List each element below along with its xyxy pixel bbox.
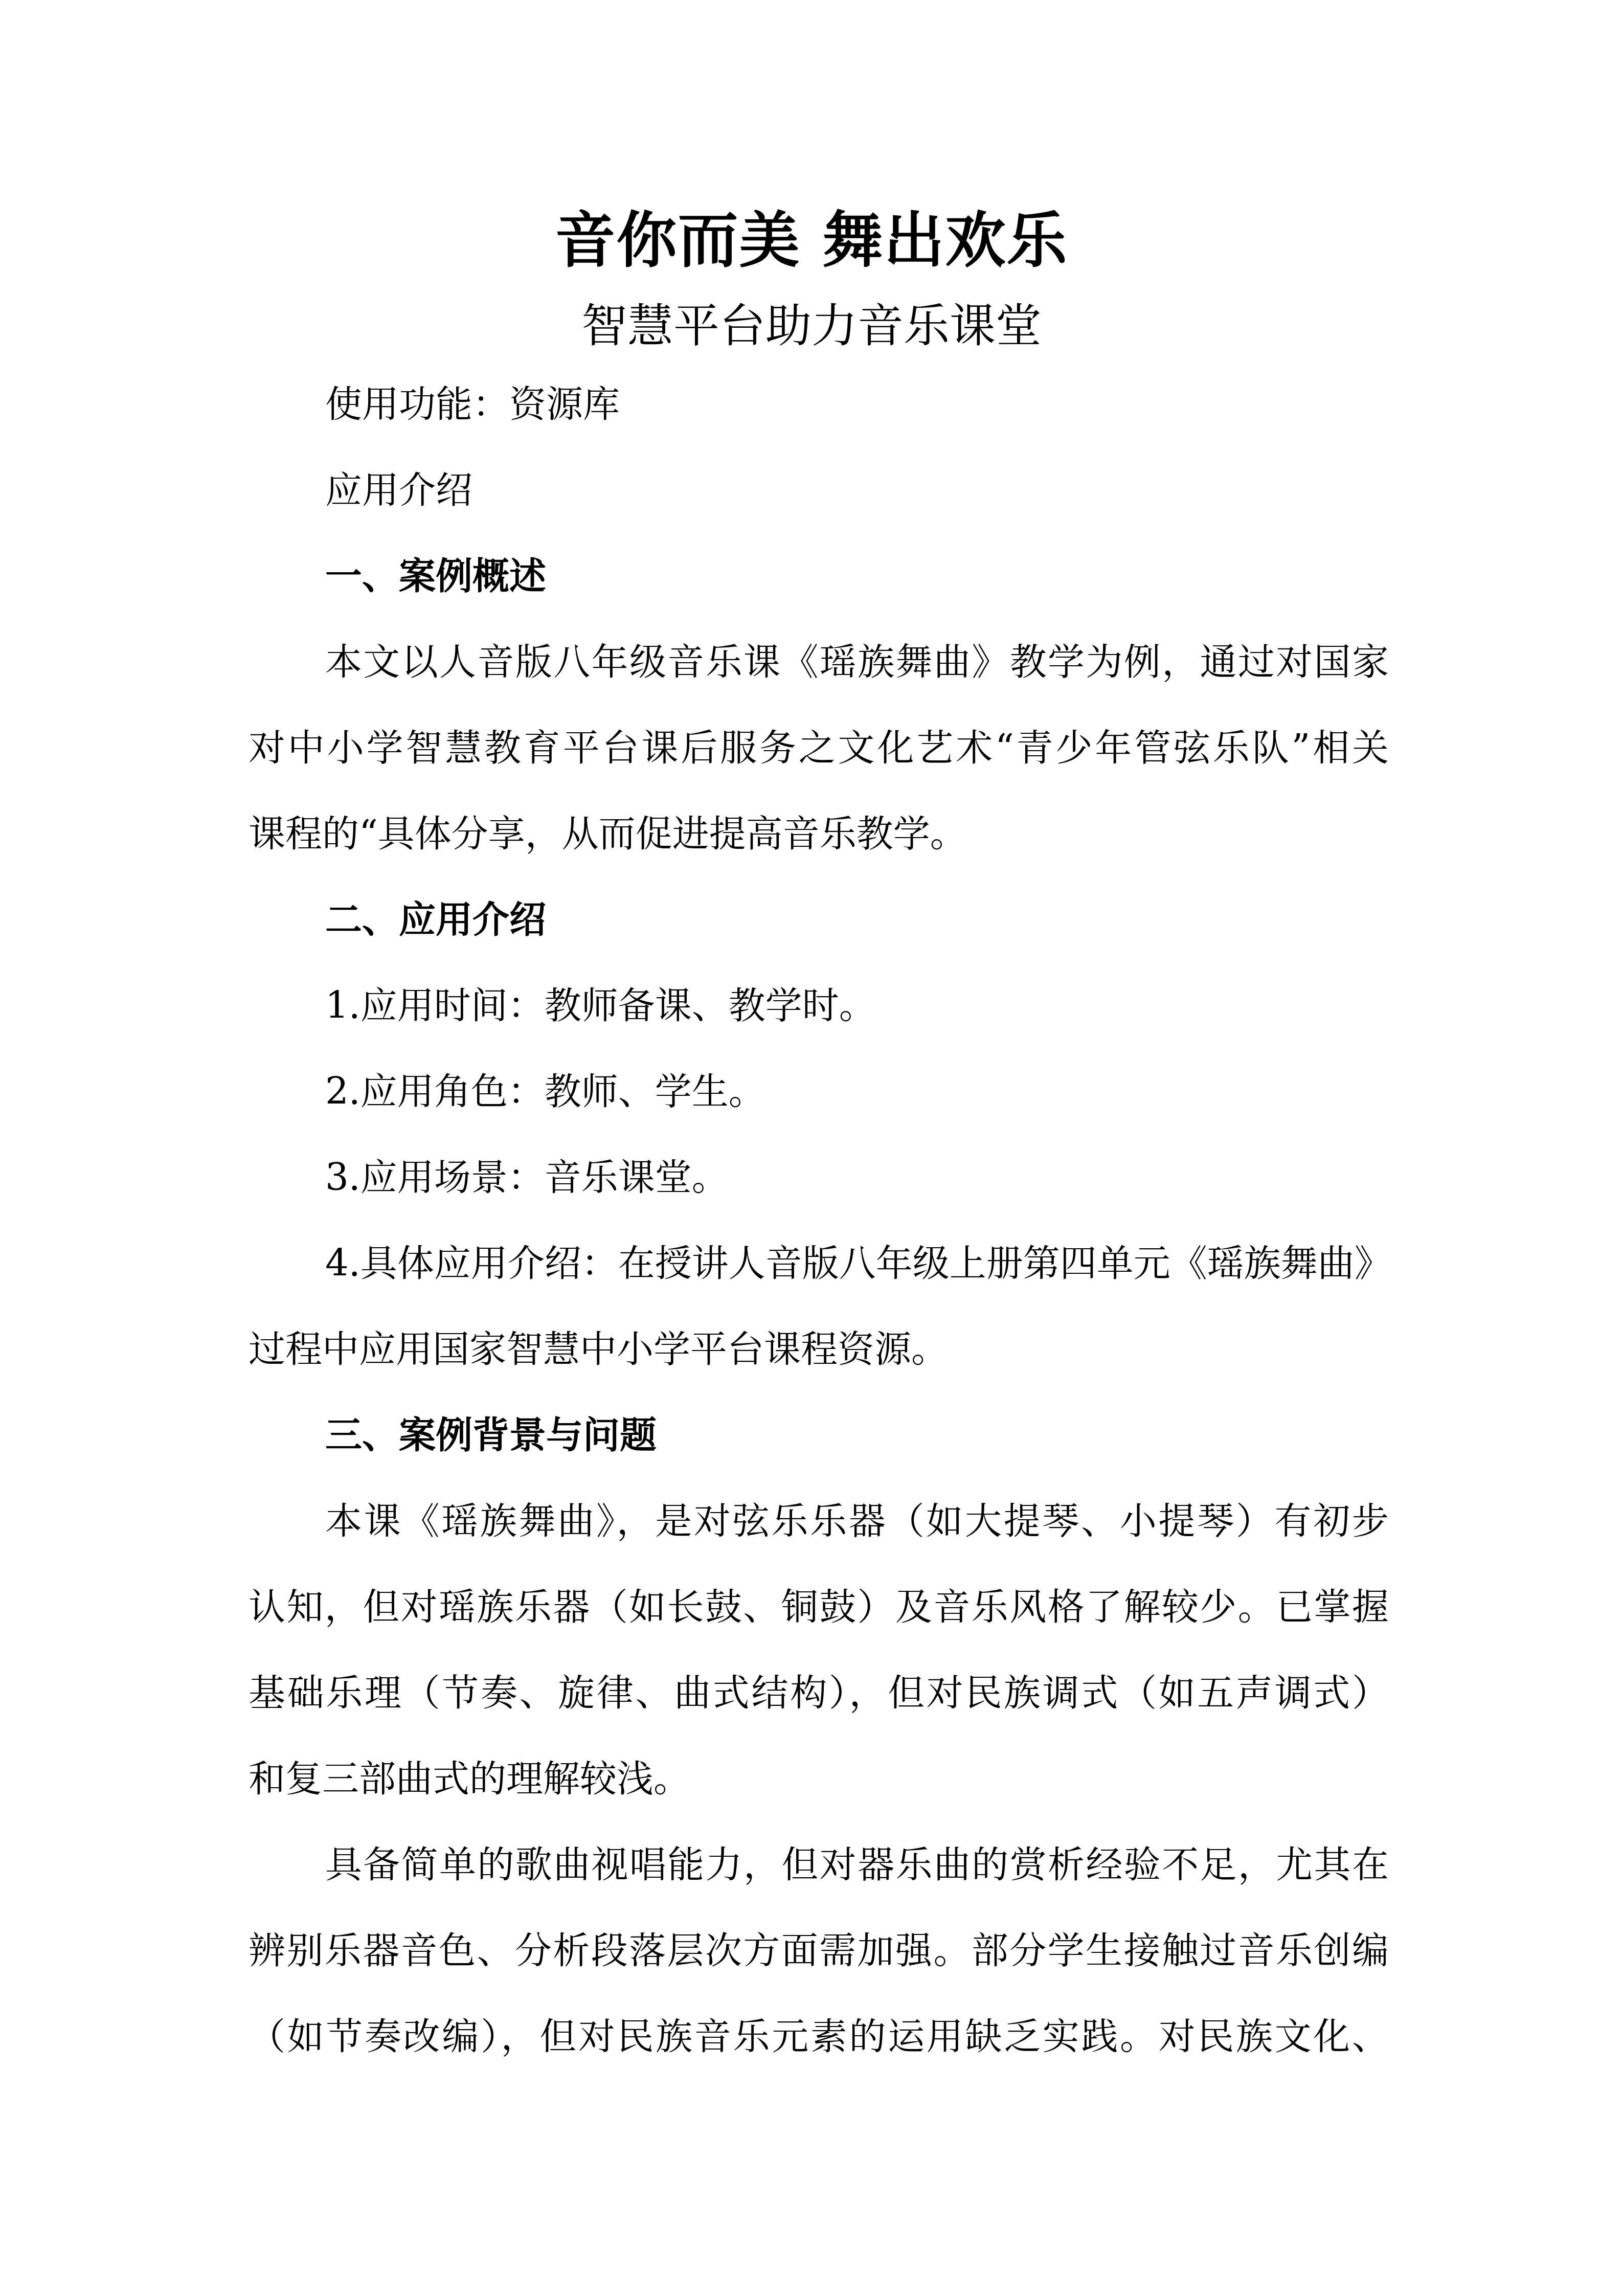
function-label: 使用功能：资源库 xyxy=(325,378,1389,430)
list-item: 2.应用角色：教师、学生。 xyxy=(325,1066,1389,1117)
paragraph-line: 和复三部曲式的理解较浅。 xyxy=(249,1753,1389,1804)
list-item: 1.应用时间：教师备课、教学时。 xyxy=(325,980,1389,1031)
intro-label: 应用介绍 xyxy=(325,464,1389,515)
paragraph-line: 认知，但对瑶族乐器（如长鼓、铜鼓）及音乐风格了解较少。已掌握 xyxy=(249,1581,1389,1632)
paragraph-line: 本文以人音版八年级音乐课《瑶族舞曲》教学为例，通过对国家 xyxy=(325,636,1389,687)
document-page: 音你而美 舞出欢乐 智慧平台助力音乐课堂 使用功能：资源库 应用介绍 一、案例概… xyxy=(0,0,1623,2296)
paragraph-line: 本课《瑶族舞曲》，是对弦乐乐器（如大提琴、小提琴）有初步 xyxy=(325,1495,1389,1546)
list-item: 3.应用场景：音乐课堂。 xyxy=(325,1152,1389,1203)
list-item: 4.具体应用介绍：在授讲人音版八年级上册第四单元《瑶族舞曲》 xyxy=(325,1237,1389,1289)
document-title: 音你而美 舞出欢乐 xyxy=(0,202,1623,279)
paragraph-line: 课程的“具体分享，从而促进提高音乐教学。 xyxy=(249,808,1389,859)
document-subtitle: 智慧平台助力音乐课堂 xyxy=(0,296,1623,357)
paragraph-line: 辨别乐器音色、分析段落层次方面需加强。部分学生接触过音乐创编 xyxy=(249,1925,1389,1976)
paragraph-line: 对中小学智慧教育平台课后服务之文化艺术“青少年管弦乐队”相关 xyxy=(249,722,1389,773)
paragraph-line: 具备简单的歌曲视唱能力，但对器乐曲的赏析经验不足，尤其在 xyxy=(325,1839,1389,1890)
section-heading-application: 二、应用介绍 xyxy=(325,894,1389,945)
paragraph-line: 过程中应用国家智慧中小学平台课程资源。 xyxy=(249,1323,1389,1375)
section-heading-background: 三、案例背景与问题 xyxy=(325,1409,1389,1460)
section-heading-overview: 一、案例概述 xyxy=(325,550,1389,601)
paragraph-line: 基础乐理（节奏、旋律、曲式结构），但对民族调式（如五声调式） xyxy=(249,1667,1389,1718)
paragraph-line: （如节奏改编），但对民族音乐元素的运用缺乏实践。对民族文化、 xyxy=(249,2011,1389,2062)
